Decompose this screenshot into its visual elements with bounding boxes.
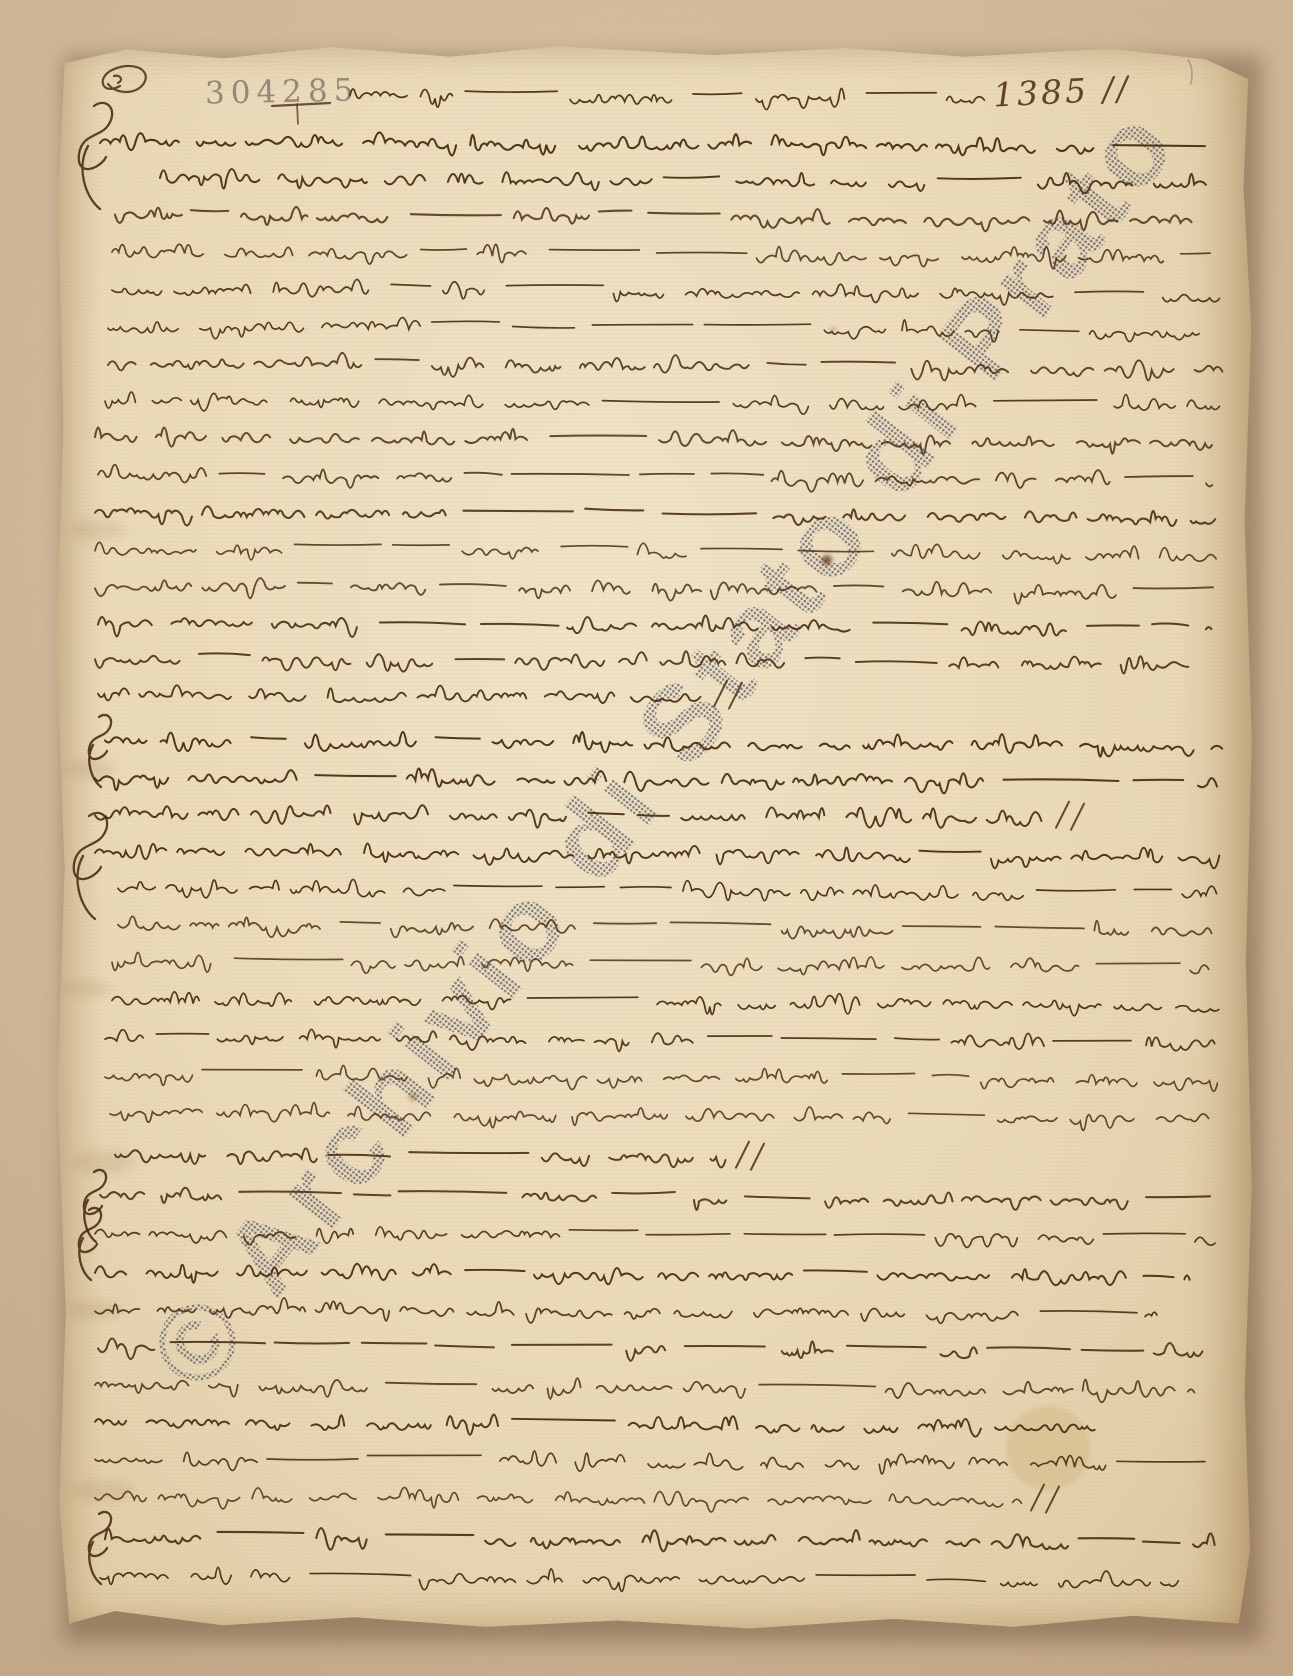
ink-show-through xyxy=(64,980,112,996)
archive-watermark: © Archivio di Stato di Prato xyxy=(110,0,1293,1423)
date-year: 1385 // xyxy=(992,68,1132,114)
ink-show-through xyxy=(72,1150,134,1174)
ink-show-through xyxy=(70,520,125,540)
paper-stain xyxy=(1006,1406,1090,1490)
paper-stain xyxy=(822,555,832,565)
ink-show-through xyxy=(66,760,116,778)
manuscript-page: © Archivio di Stato di Prato xyxy=(55,44,1253,1630)
archival-number: 304285 xyxy=(205,72,360,111)
ink-show-through xyxy=(68,1300,123,1320)
paper-stain xyxy=(409,1093,417,1101)
paper-stain xyxy=(830,327,836,333)
ink-show-through xyxy=(74,1480,134,1502)
